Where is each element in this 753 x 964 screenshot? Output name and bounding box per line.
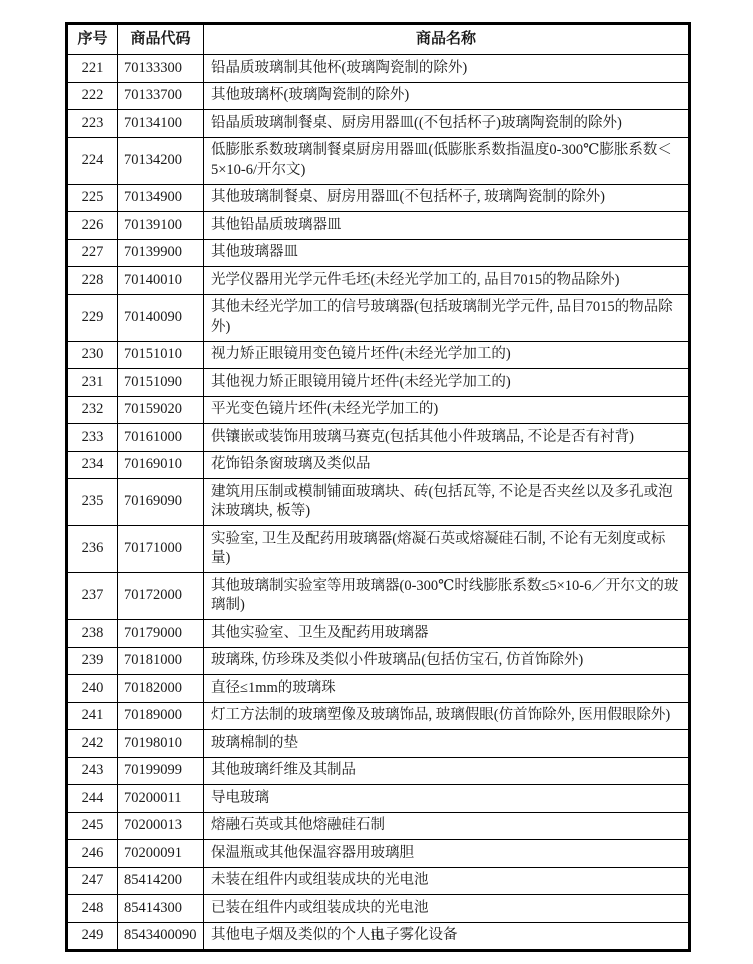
- commodity-code-cell: 70159020: [118, 396, 204, 424]
- commodity-name-cell: 光学仪器用光学元件毛坯(未经光学加工的, 品目7015的物品除外): [204, 267, 690, 295]
- table-row: 24270198010玻璃棉制的垫: [67, 730, 690, 758]
- table-row: 23770172000其他玻璃制实验室等用玻璃器(0-300℃时线膨胀系数≤5×…: [67, 573, 690, 620]
- commodity-name-cell: 其他未经光学加工的信号玻璃器(包括玻璃制光学元件, 品目7015的物品除外): [204, 294, 690, 341]
- commodity-code-cell: 70134900: [118, 184, 204, 212]
- commodity-name-cell: 导电玻璃: [204, 785, 690, 813]
- commodity-code-cell: 70182000: [118, 675, 204, 703]
- serial-number-cell: 244: [67, 785, 118, 813]
- commodity-name-cell: 其他实验室、卫生及配药用玻璃器: [204, 620, 690, 648]
- table-row: 22370134100铅晶质玻璃制餐桌、厨房用器皿((不包括杯子)玻璃陶瓷制的除…: [67, 110, 690, 138]
- table-row: 22770139900其他玻璃器皿: [67, 239, 690, 267]
- serial-number-cell: 228: [67, 267, 118, 295]
- table-row: 24570200013熔融石英或其他熔融硅石制: [67, 812, 690, 840]
- serial-number-cell: 237: [67, 573, 118, 620]
- commodity-code-cell: 70134200: [118, 137, 204, 184]
- commodity-code-cell: 85414300: [118, 895, 204, 923]
- commodity-code-cell: 70151090: [118, 369, 204, 397]
- serial-number-cell: 238: [67, 620, 118, 648]
- commodity-name-cell: 平光变色镜片坯件(未经光学加工的): [204, 396, 690, 424]
- table-row: 23670171000实验室, 卫生及配药用玻璃器(熔凝石英或熔凝硅石制, 不论…: [67, 526, 690, 573]
- commodity-code-cell: 70171000: [118, 526, 204, 573]
- table-row: 22170133300铅晶质玻璃制其他杯(玻璃陶瓷制的除外): [67, 55, 690, 83]
- commodity-name-cell: 花饰铅条窗玻璃及类似品: [204, 451, 690, 479]
- commodity-name-cell: 直径≤1mm的玻璃珠: [204, 675, 690, 703]
- commodity-name-cell: 供镶嵌或装饰用玻璃马赛克(包括其他小件玻璃品, 不论是否有衬背): [204, 424, 690, 452]
- table-row: 23870179000其他实验室、卫生及配药用玻璃器: [67, 620, 690, 648]
- table-row: 24070182000直径≤1mm的玻璃珠: [67, 675, 690, 703]
- commodity-code-cell: 70200013: [118, 812, 204, 840]
- serial-number-cell: 245: [67, 812, 118, 840]
- commodity-name-cell: 铅晶质玻璃制餐桌、厨房用器皿((不包括杯子)玻璃陶瓷制的除外): [204, 110, 690, 138]
- serial-number-cell: 232: [67, 396, 118, 424]
- serial-number-cell: 247: [67, 867, 118, 895]
- page-number: 10: [0, 928, 753, 944]
- commodity-name-cell: 铅晶质玻璃制其他杯(玻璃陶瓷制的除外): [204, 55, 690, 83]
- table-row: 23470169010花饰铅条窗玻璃及类似品: [67, 451, 690, 479]
- commodity-code-cell: 70140090: [118, 294, 204, 341]
- table-row: 23170151090其他视力矫正眼镜用镜片坯件(未经光学加工的): [67, 369, 690, 397]
- serial-number-cell: 222: [67, 82, 118, 110]
- table-row: 23070151010视力矫正眼镜用变色镜片坯件(未经光学加工的): [67, 341, 690, 369]
- serial-number-cell: 225: [67, 184, 118, 212]
- serial-number-cell: 241: [67, 702, 118, 730]
- commodity-name-cell: 灯工方法制的玻璃塑像及玻璃饰品, 玻璃假眼(仿首饰除外, 医用假眼除外): [204, 702, 690, 730]
- commodity-code-cell: 70139100: [118, 212, 204, 240]
- table-row: 24370199099其他玻璃纤维及其制品: [67, 757, 690, 785]
- commodity-code-cell: 70161000: [118, 424, 204, 452]
- serial-number-cell: 246: [67, 840, 118, 868]
- commodity-name-cell: 其他玻璃纤维及其制品: [204, 757, 690, 785]
- serial-number-cell: 235: [67, 479, 118, 526]
- commodity-name-cell: 玻璃棉制的垫: [204, 730, 690, 758]
- table-row: 23370161000供镶嵌或装饰用玻璃马赛克(包括其他小件玻璃品, 不论是否有…: [67, 424, 690, 452]
- serial-number-cell: 242: [67, 730, 118, 758]
- serial-number-cell: 226: [67, 212, 118, 240]
- serial-number-cell: 236: [67, 526, 118, 573]
- commodity-name-cell: 保温瓶或其他保温容器用玻璃胆: [204, 840, 690, 868]
- serial-number-cell: 223: [67, 110, 118, 138]
- commodity-code-cell: 70179000: [118, 620, 204, 648]
- table-row: 24885414300已装在组件内或组装成块的光电池: [67, 895, 690, 923]
- table-row: 24670200091保温瓶或其他保温容器用玻璃胆: [67, 840, 690, 868]
- table-row: 23270159020平光变色镜片坯件(未经光学加工的): [67, 396, 690, 424]
- commodity-code-cell: 70139900: [118, 239, 204, 267]
- document-page: 序号 商品代码 商品名称 22170133300铅晶质玻璃制其他杯(玻璃陶瓷制的…: [0, 0, 753, 964]
- commodity-code-cell: 70181000: [118, 647, 204, 675]
- commodity-code-cell: 70200011: [118, 785, 204, 813]
- serial-number-cell: 248: [67, 895, 118, 923]
- commodity-name-cell: 其他玻璃器皿: [204, 239, 690, 267]
- commodity-name-cell: 熔融石英或其他熔融硅石制: [204, 812, 690, 840]
- table-row: 22970140090其他未经光学加工的信号玻璃器(包括玻璃制光学元件, 品目7…: [67, 294, 690, 341]
- commodity-code-cell: 70133300: [118, 55, 204, 83]
- header-commodity-name: 商品名称: [204, 24, 690, 55]
- table-row: 23970181000玻璃珠, 仿珍珠及类似小件玻璃品(包括仿宝石, 仿首饰除外…: [67, 647, 690, 675]
- commodity-code-cell: 70140010: [118, 267, 204, 295]
- commodity-name-cell: 其他玻璃制餐桌、厨房用器皿(不包括杯子, 玻璃陶瓷制的除外): [204, 184, 690, 212]
- commodity-name-cell: 其他玻璃制实验室等用玻璃器(0-300℃时线膨胀系数≤5×10-6／开尔文的玻璃…: [204, 573, 690, 620]
- table-row: 22570134900其他玻璃制餐桌、厨房用器皿(不包括杯子, 玻璃陶瓷制的除外…: [67, 184, 690, 212]
- serial-number-cell: 234: [67, 451, 118, 479]
- header-serial-number: 序号: [67, 24, 118, 55]
- table-row: 24470200011导电玻璃: [67, 785, 690, 813]
- commodity-code-cell: 70151010: [118, 341, 204, 369]
- commodity-name-cell: 其他铅晶质玻璃器皿: [204, 212, 690, 240]
- commodity-code-cell: 70200091: [118, 840, 204, 868]
- table-row: 22470134200低膨胀系数玻璃制餐桌厨房用器皿(低膨胀系数指温度0-300…: [67, 137, 690, 184]
- serial-number-cell: 224: [67, 137, 118, 184]
- commodity-code-cell: 70169090: [118, 479, 204, 526]
- table-row: 22270133700其他玻璃杯(玻璃陶瓷制的除外): [67, 82, 690, 110]
- serial-number-cell: 231: [67, 369, 118, 397]
- commodity-code-cell: 70199099: [118, 757, 204, 785]
- serial-number-cell: 239: [67, 647, 118, 675]
- commodity-code-cell: 70198010: [118, 730, 204, 758]
- commodity-name-cell: 建筑用压制或模制铺面玻璃块、砖(包括瓦等, 不论是否夹丝以及多孔或泡沫玻璃块, …: [204, 479, 690, 526]
- commodity-name-cell: 玻璃珠, 仿珍珠及类似小件玻璃品(包括仿宝石, 仿首饰除外): [204, 647, 690, 675]
- serial-number-cell: 229: [67, 294, 118, 341]
- commodity-code-table: 序号 商品代码 商品名称 22170133300铅晶质玻璃制其他杯(玻璃陶瓷制的…: [65, 22, 691, 952]
- serial-number-cell: 221: [67, 55, 118, 83]
- commodity-code-cell: 85414200: [118, 867, 204, 895]
- table-row: 22670139100其他铅晶质玻璃器皿: [67, 212, 690, 240]
- table-row: 23570169090建筑用压制或模制铺面玻璃块、砖(包括瓦等, 不论是否夹丝以…: [67, 479, 690, 526]
- commodity-name-cell: 其他视力矫正眼镜用镜片坯件(未经光学加工的): [204, 369, 690, 397]
- serial-number-cell: 227: [67, 239, 118, 267]
- commodity-name-cell: 未装在组件内或组装成块的光电池: [204, 867, 690, 895]
- commodity-name-cell: 视力矫正眼镜用变色镜片坯件(未经光学加工的): [204, 341, 690, 369]
- table-row: 24785414200未装在组件内或组装成块的光电池: [67, 867, 690, 895]
- commodity-name-cell: 已装在组件内或组装成块的光电池: [204, 895, 690, 923]
- commodity-code-cell: 70169010: [118, 451, 204, 479]
- commodity-code-cell: 70189000: [118, 702, 204, 730]
- serial-number-cell: 230: [67, 341, 118, 369]
- commodity-code-cell: 70133700: [118, 82, 204, 110]
- header-commodity-code: 商品代码: [118, 24, 204, 55]
- serial-number-cell: 233: [67, 424, 118, 452]
- table-header-row: 序号 商品代码 商品名称: [67, 24, 690, 55]
- table-row: 22870140010光学仪器用光学元件毛坯(未经光学加工的, 品目7015的物…: [67, 267, 690, 295]
- serial-number-cell: 243: [67, 757, 118, 785]
- commodity-code-cell: 70134100: [118, 110, 204, 138]
- serial-number-cell: 240: [67, 675, 118, 703]
- commodity-name-cell: 其他玻璃杯(玻璃陶瓷制的除外): [204, 82, 690, 110]
- commodity-name-cell: 低膨胀系数玻璃制餐桌厨房用器皿(低膨胀系数指温度0-300℃膨胀系数＜5×10-…: [204, 137, 690, 184]
- commodity-name-cell: 实验室, 卫生及配药用玻璃器(熔凝石英或熔凝硅石制, 不论有无刻度或标量): [204, 526, 690, 573]
- table-body: 22170133300铅晶质玻璃制其他杯(玻璃陶瓷制的除外)2227013370…: [67, 55, 690, 951]
- commodity-code-cell: 70172000: [118, 573, 204, 620]
- table-row: 24170189000灯工方法制的玻璃塑像及玻璃饰品, 玻璃假眼(仿首饰除外, …: [67, 702, 690, 730]
